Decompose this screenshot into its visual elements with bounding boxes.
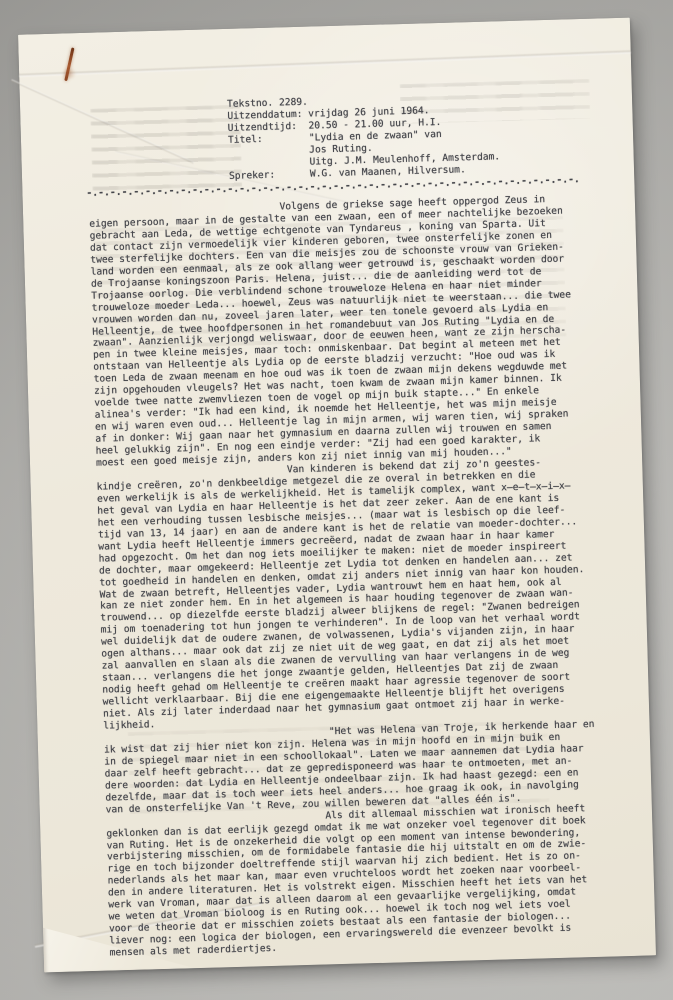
paper-crease-top [19,50,631,76]
typewritten-page: Tekstno. 2289. Uitzenddatum: vrijdag 26 … [18,18,656,973]
paper-crease-topleft [11,79,194,163]
document-header: Tekstno. 2289. Uitzenddatum: vrijdag 26 … [227,91,501,182]
photo-backdrop: Tekstno. 2289. Uitzenddatum: vrijdag 26 … [0,0,673,1000]
ink-bleedthrough [90,105,242,197]
typewritten-body: Volgens de griekse sage heeft oppergod Z… [89,193,601,959]
